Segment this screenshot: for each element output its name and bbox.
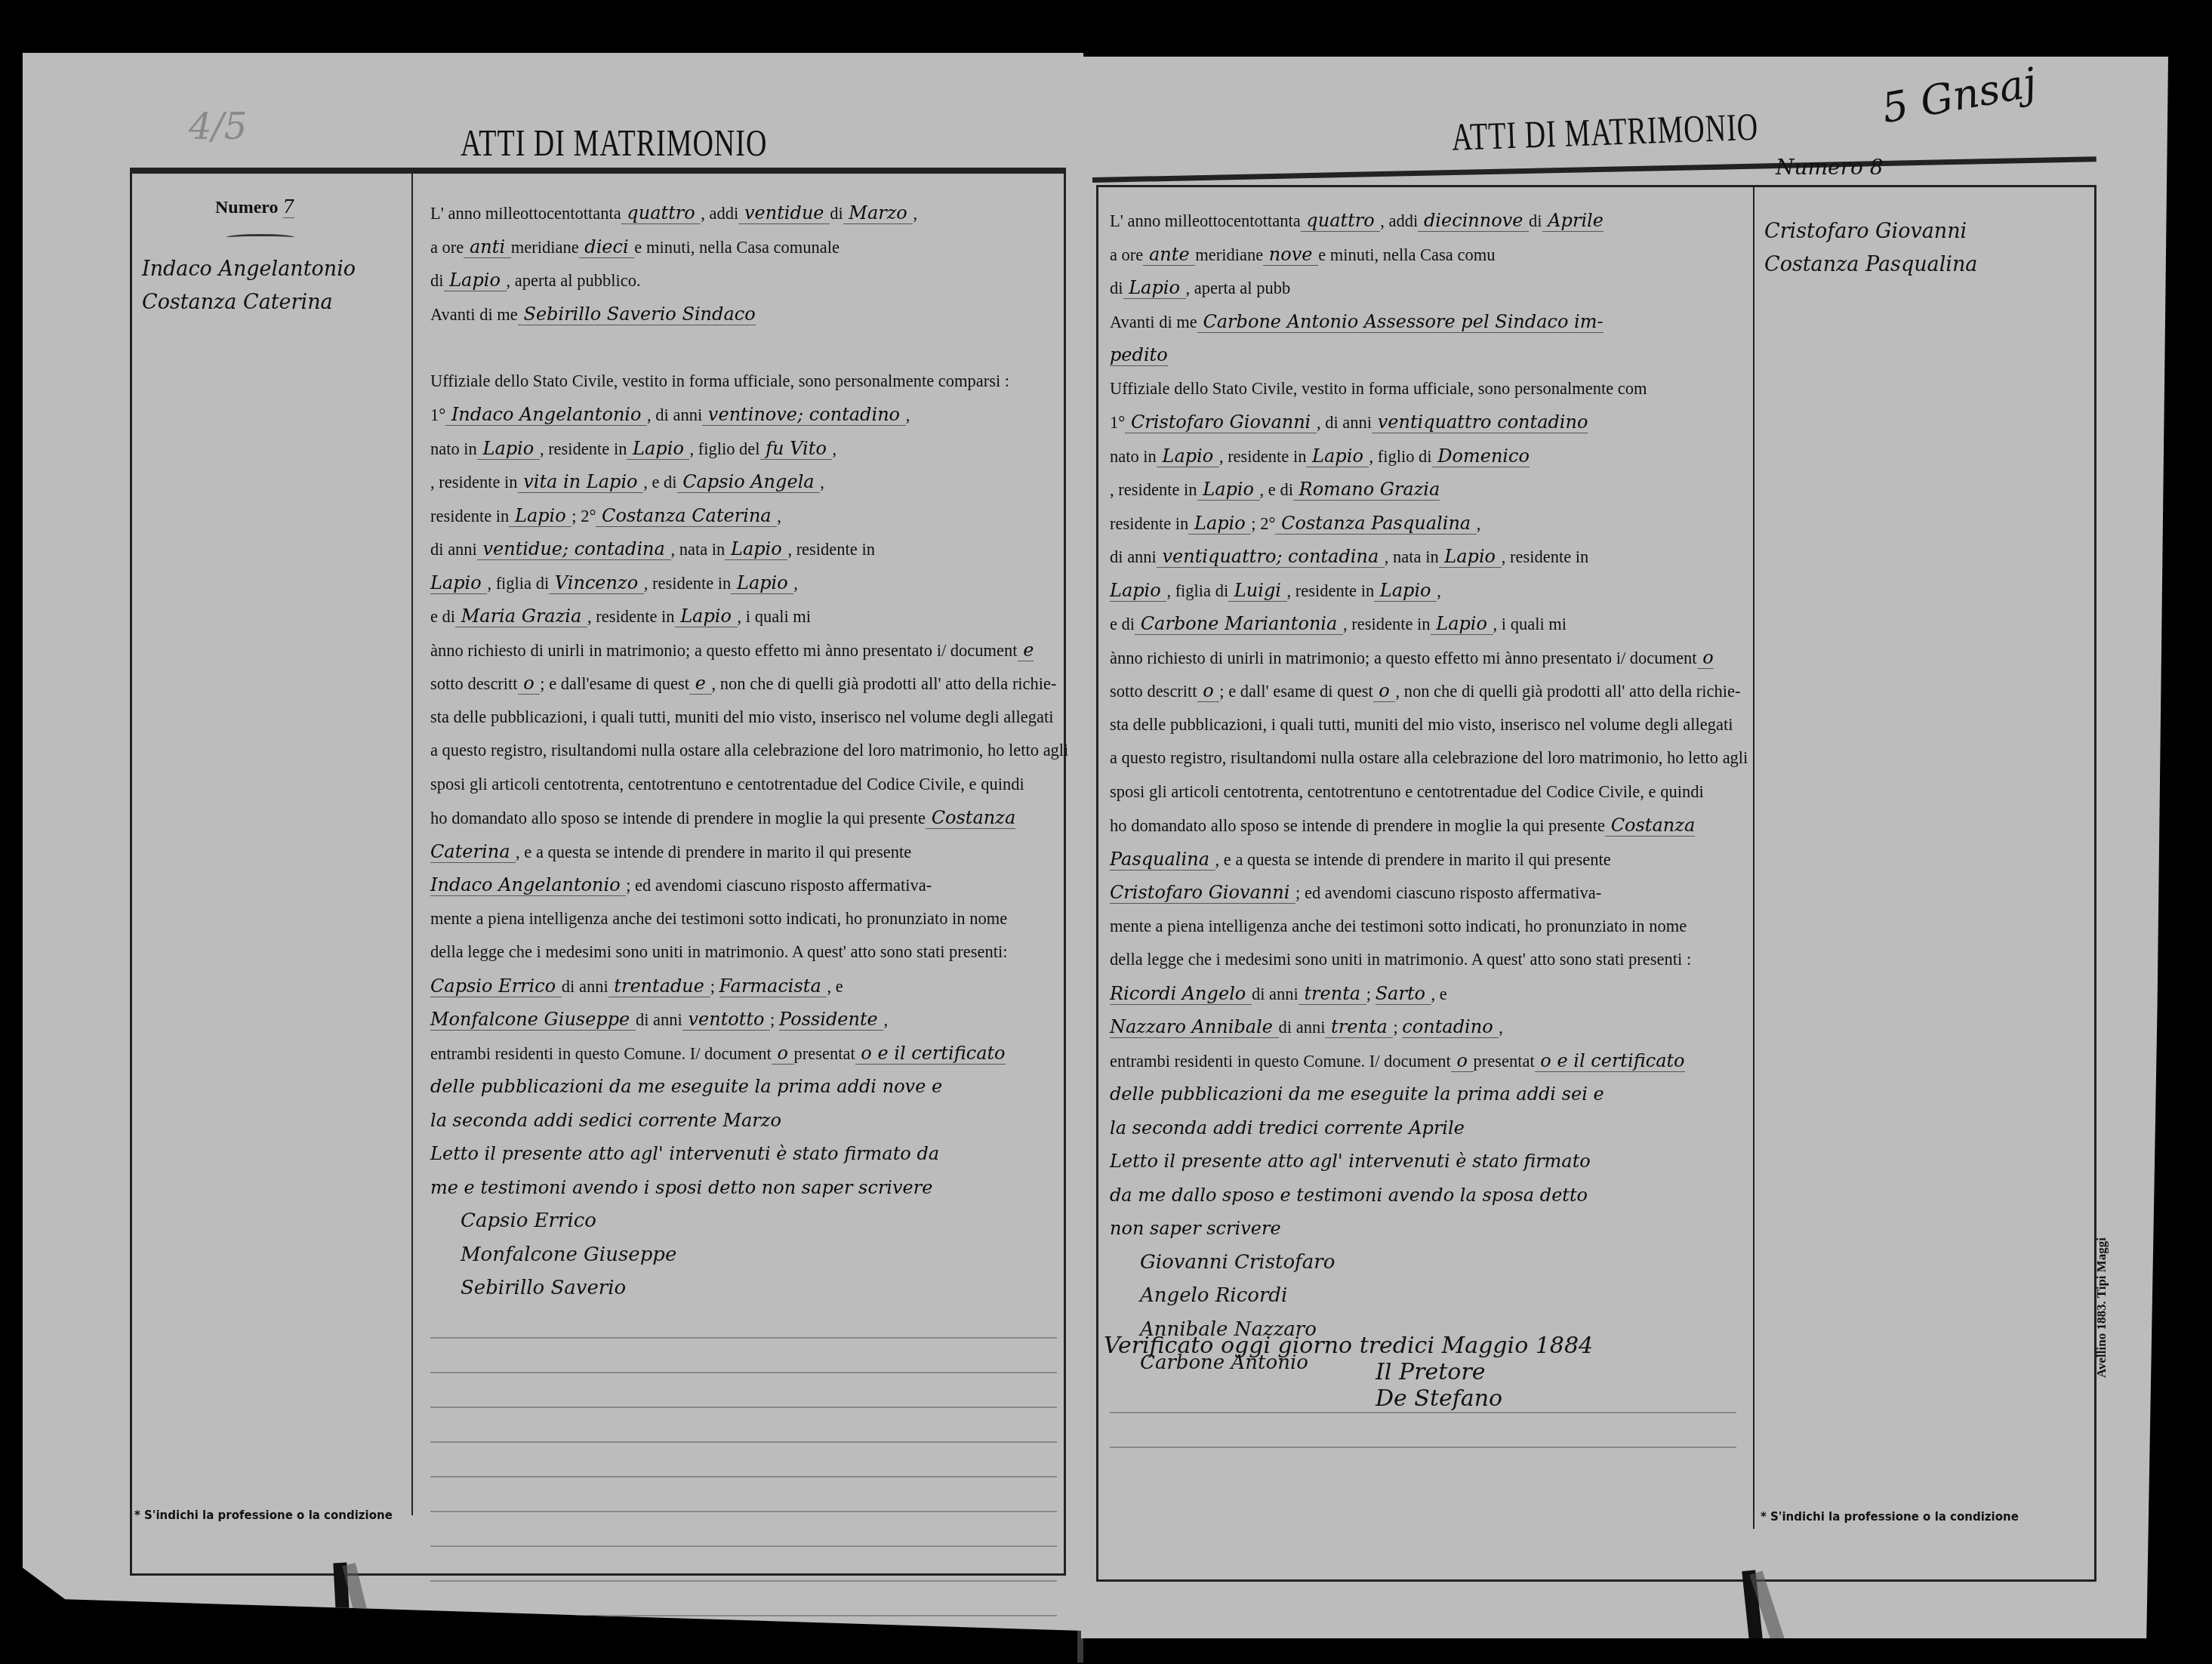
printed-text: ; — [710, 977, 719, 996]
handwritten-entry: Monfalcone Giuseppe — [430, 1009, 636, 1031]
printed-text: , e a questa se intende di prendere in m… — [1215, 850, 1611, 869]
handwritten-entry: Costanza — [926, 807, 1015, 829]
printed-text: e di — [1110, 615, 1135, 633]
printed-text: residente in — [1110, 514, 1188, 533]
handwritten-entry: ventidue; contadina — [477, 538, 671, 560]
printed-text: , — [883, 1010, 888, 1029]
printed-text: sta delle pubblicazioni, i quali tutti, … — [430, 707, 1053, 726]
handwritten-entry: o — [1451, 1050, 1474, 1072]
form-line: sposi gli articoli centotrenta, centotre… — [1110, 775, 1736, 809]
frame-top-rule — [1092, 156, 2096, 183]
handwritten-entry: quattro — [621, 202, 701, 224]
printed-text: residente in — [430, 507, 509, 525]
form-line: Monfalcone Giuseppe di anni ventotto ; P… — [430, 1003, 1057, 1037]
handwritten-entry: Maria Grazia — [455, 606, 587, 627]
printed-text: sotto descritt — [1110, 682, 1197, 701]
handwritten-entry: Lapio — [731, 572, 793, 594]
verification-text: Verificato oggi giorno tredici Maggio 18… — [1104, 1333, 1761, 1359]
printed-text: L' anno milleottocentottanta — [1110, 211, 1301, 230]
printed-text: ; 2° — [1251, 514, 1275, 533]
printed-text: , addi — [1380, 211, 1418, 230]
form-line: Cristofaro Giovanni ; ed avendomi ciascu… — [1110, 876, 1736, 910]
printed-text: a questo registro, risultandomi nulla os… — [1110, 748, 1748, 767]
printed-text: di — [830, 204, 843, 223]
handwritten-entry: Lapio — [1157, 445, 1219, 467]
printed-text: presentat — [794, 1044, 855, 1063]
printed-text: , i quali mi — [738, 607, 812, 626]
printed-text: , i quali mi — [1493, 615, 1567, 633]
handwritten-entry: ventotto — [682, 1009, 770, 1031]
handwritten-entry: e — [1018, 639, 1034, 661]
numero-value: 7 — [283, 196, 294, 218]
printed-text: di anni — [562, 977, 608, 996]
printed-text: a questo registro, risultandomi nulla os… — [430, 741, 1068, 760]
form-line: L' anno milleottocentottanta quattro , a… — [1110, 204, 1736, 238]
printed-text: ànno richiesto di unirli in matrimonio; … — [430, 641, 1018, 660]
handwritten-entry: contadino — [1402, 1016, 1499, 1038]
printed-text: , — [777, 507, 781, 525]
form-line: sta delle pubblicazioni, i quali tutti, … — [430, 701, 1057, 735]
handwritten-entry: o — [1197, 680, 1220, 702]
handwritten-entry: o — [518, 673, 541, 695]
handwritten-entry: Carbone Antonio Assessore pel Sindaco im… — [1197, 311, 1604, 333]
printed-text: 1° — [1110, 413, 1125, 432]
printed-text: , — [832, 439, 836, 458]
form-line: mente a piena intelligenza anche dei tes… — [1110, 910, 1736, 944]
form-line: della legge che i medesimi sono uniti in… — [430, 935, 1057, 969]
printed-text: , — [1499, 1018, 1503, 1037]
handwritten-entry: fu Vito — [760, 438, 833, 460]
form-line: ho domandato allo sposo se intende di pr… — [430, 801, 1057, 835]
bride-name: Costanza Pasqualina — [1764, 248, 1977, 282]
signature: Angelo Ricordi — [1110, 1279, 1736, 1313]
printed-text: sposi gli articoli centotrenta, centotre… — [430, 775, 1024, 793]
right-page: ATTI DI MATRIMONIO 5 Gnsaj Numero 8 Cris… — [1081, 57, 2168, 1638]
printed-text: mente a piena intelligenza anche dei tes… — [430, 909, 1007, 928]
handwritten-entry: Marzo — [843, 202, 913, 224]
handwritten-entry: Nazzaro Annibale — [1110, 1016, 1279, 1038]
printed-text: L' anno milleottocentottanta — [430, 204, 621, 223]
printed-text: sta delle pubblicazioni, i quali tutti, … — [1110, 715, 1733, 734]
handwritten-entry: ventidue — [738, 202, 830, 224]
handwritten-entry: Sarto — [1376, 983, 1431, 1005]
handwritten-entry: Indaco Angelantonio — [430, 874, 626, 896]
handwritten-entry: o — [1697, 647, 1714, 669]
handwritten-entry: Costanza Caterina — [596, 505, 777, 527]
printed-text: ho domandato allo sposo se intende di pr… — [1110, 816, 1605, 835]
column-divider — [1753, 185, 1755, 1529]
handwritten-entry: Lapio — [509, 505, 571, 527]
printed-text: , residente in — [1343, 615, 1431, 633]
printed-text: di anni — [636, 1010, 682, 1029]
form-line: 1° Cristofaro Giovanni , di anni ventiqu… — [1110, 405, 1736, 439]
printed-text: a ore — [430, 238, 464, 257]
handwritten-entry: Indaco Angelantonio — [445, 404, 647, 426]
printed-text: , residente in — [587, 607, 675, 626]
handwritten-entry: Lapio — [430, 572, 487, 594]
form-line: mente a piena intelligenza anche dei tes… — [430, 902, 1057, 936]
handwritten-entry: Lapio — [1374, 580, 1437, 602]
handwritten-line: me e testimoni avendo i sposi detto non … — [430, 1171, 1057, 1205]
printed-text: , — [906, 405, 910, 424]
printed-text: , figlio del — [689, 439, 759, 458]
form-line: a questo registro, risultandomi nulla os… — [1110, 741, 1736, 775]
handwritten-line: delle pubblicazioni da me eseguite la pr… — [1110, 1077, 1736, 1111]
printed-text: , residente in — [540, 439, 627, 458]
numero-value: 8 — [1870, 155, 1884, 180]
handwritten-entry: Lapio — [1123, 277, 1186, 299]
handwritten-entry: Lapio — [1306, 445, 1369, 467]
ribbon-shadow — [342, 1563, 380, 1664]
handwritten-entry: Cristofaro Giovanni — [1110, 882, 1295, 904]
handwritten-entry: Lapio — [1188, 513, 1251, 535]
swash-ornament — [226, 234, 294, 241]
handwritten-line: la seconda addi sedici corrente Marzo — [430, 1104, 1057, 1138]
printed-text: mente a piena intelligenza anche dei tes… — [1110, 917, 1687, 935]
printed-text: di — [1110, 279, 1123, 297]
form-line: a ore ante meridiane nove e minuti, nell… — [1110, 238, 1736, 272]
handwritten-entry: Pasqualina — [1110, 849, 1215, 871]
printed-text: entrambi residenti in questo Comune. I/ … — [430, 1044, 772, 1063]
handwritten-entry: vita in Lapio — [518, 471, 644, 493]
form-line: di Lapio , aperta al pubblico. — [430, 263, 1057, 297]
printed-text: , e — [827, 977, 843, 996]
form-line: Indaco Angelantonio ; ed avendomi ciascu… — [430, 868, 1057, 902]
printed-text: ànno richiesto di unirli in matrimonio; … — [1110, 649, 1697, 667]
form-line: entrambi residenti in questo Comune. I/ … — [430, 1037, 1057, 1071]
signature: Sebirillo Saverio — [430, 1271, 1057, 1305]
form-line: pedito — [1110, 338, 1736, 372]
record-body: L' anno milleottocentottanta quattro , a… — [1110, 204, 1736, 1450]
form-line: della legge che i medesimi sono uniti in… — [1110, 943, 1736, 977]
printed-text: sposi gli articoli centotrenta, centotre… — [1110, 782, 1704, 801]
form-line: a questo registro, risultandomi nulla os… — [430, 734, 1057, 768]
form-line: e di Maria Grazia , residente in Lapio ,… — [430, 599, 1057, 633]
printed-text: , — [820, 473, 824, 491]
blank-ruled-line — [430, 1444, 1057, 1478]
handwritten-entry: ventiquattro contadino — [1372, 411, 1588, 433]
printed-text: ; — [1393, 1018, 1402, 1037]
form-line: , residente in Lapio , e di Romano Grazi… — [1110, 473, 1736, 507]
printed-text: presentat — [1474, 1052, 1535, 1071]
handwritten-entry: nove — [1263, 244, 1318, 266]
form-line: sotto descritt o ; e dall' esame di ques… — [1110, 674, 1736, 708]
printed-text: , nata in — [1385, 547, 1439, 566]
printed-text: , residente in — [787, 540, 875, 559]
form-line: di Lapio , aperta al pubb — [1110, 271, 1736, 305]
printed-text: entrambi residenti in questo Comune. I/ … — [1110, 1052, 1451, 1071]
printed-text: , nella Casa comunale — [691, 238, 840, 257]
handwritten-line: la seconda addi tredici corrente Aprile — [1110, 1111, 1736, 1145]
column-divider — [411, 171, 413, 1515]
printed-text: , residente in — [430, 473, 518, 491]
form-line: Lapio , figlia di Vincenzo , residente i… — [430, 566, 1057, 600]
handwritten-entry: Capsio Angela — [677, 471, 821, 493]
printed-text: Uffiziale dello Stato Civile, vestito in… — [430, 371, 1009, 390]
printed-text: , non che di quelli già prodotti all' at… — [1395, 682, 1740, 701]
printed-text: ; — [1366, 985, 1376, 1003]
signature: Capsio Errico — [430, 1204, 1057, 1238]
handwritten-entry: Lapio — [1439, 546, 1502, 568]
groom-name: Cristofaro Giovanni — [1764, 215, 1977, 248]
handwritten-entry: Lapio — [1431, 613, 1493, 635]
blank-ruled-line — [430, 1479, 1057, 1512]
form-line: residente in Lapio ; 2° Costanza Caterin… — [430, 499, 1057, 533]
handwritten-entry: Romano Grazia — [1293, 479, 1440, 501]
form-line: , residente in vita in Lapio , e di Caps… — [430, 465, 1057, 499]
form-line: nato in Lapio , residente in Lapio , fig… — [1110, 439, 1736, 473]
form-line — [430, 331, 1057, 365]
printed-text: ; e dall'esame di quest — [540, 674, 689, 693]
handwritten-entry: o — [1373, 680, 1396, 702]
form-line: Uffiziale dello Stato Civile, vestito in… — [1110, 372, 1736, 406]
handwritten-entry: ante — [1143, 244, 1195, 266]
handwritten-entry: trenta — [1325, 1016, 1393, 1038]
printed-text: ; e dall' esame di quest — [1219, 682, 1372, 701]
blank-ruled-line — [430, 1514, 1057, 1547]
blank-ruled-line — [430, 1340, 1057, 1373]
handwritten-entry: Farmacista — [719, 975, 827, 997]
printed-text: , nella Casa comu — [1375, 245, 1496, 264]
page-title: ATTI DI MATRIMONIO — [1451, 105, 1759, 161]
form-line: Caterina , e a questa se intende di pren… — [430, 835, 1057, 869]
form-line: Capsio Errico di anni trentadue ; Farmac… — [430, 969, 1057, 1003]
handwritten-entry: Costanza — [1605, 815, 1695, 837]
printed-text: , aperta al pubblico. — [507, 271, 641, 290]
signature: Monfalcone Giuseppe — [430, 1238, 1057, 1272]
form-line: ànno richiesto di unirli in matrimonio; … — [430, 633, 1057, 667]
handwritten-entry: Lapio — [477, 438, 540, 460]
signature: Giovanni Cristofaro — [1110, 1246, 1736, 1280]
printed-text: , non che di quelli già prodotti all' at… — [712, 674, 1057, 693]
handwritten-entry: Lapio — [725, 538, 787, 560]
handwritten-entry: trenta — [1299, 983, 1366, 1005]
form-line: di anni ventiquattro; contadina , nata i… — [1110, 540, 1736, 574]
form-line: e di Carbone Mariantonia , residente in … — [1110, 607, 1736, 641]
printed-text: , e di — [1260, 480, 1293, 499]
printed-text: di anni — [430, 540, 477, 559]
printed-text: , — [793, 574, 798, 593]
handwritten-entry: trentadue — [608, 975, 710, 997]
printed-text: , — [913, 204, 917, 223]
printer-imprint: Avellino 1883. Tipi Maggi — [2094, 1237, 2109, 1378]
handwritten-entry: Lapio — [1197, 479, 1260, 501]
handwritten-entry: ventiquattro; contadina — [1157, 546, 1385, 568]
form-line: Nazzaro Annibale di anni trenta ; contad… — [1110, 1010, 1736, 1044]
form-line: Avanti di me Carbone Antonio Assessore p… — [1110, 305, 1736, 339]
handwritten-line: Letto il presente atto agl' intervenuti … — [430, 1137, 1057, 1171]
printed-text: ; ed avendomi ciascuno risposto affermat… — [626, 876, 932, 895]
form-line: entrambi residenti in questo Comune. I/ … — [1110, 1044, 1736, 1078]
pencil-mark: 4/5 — [189, 106, 247, 148]
handwritten-entry: Caterina — [430, 841, 516, 863]
handwritten-entry: Costanza Pasqualina — [1275, 513, 1476, 535]
printed-text: , — [1477, 514, 1481, 533]
printed-text: , e a questa se intende di prendere in m… — [516, 843, 911, 861]
blank-ruled-line — [430, 1375, 1057, 1408]
printed-text: , e — [1431, 985, 1447, 1003]
handwritten-entry: o — [772, 1043, 794, 1065]
printed-text: della legge che i medesimi sono uniti in… — [430, 942, 1008, 961]
footnote: * S'indichi la professione o la condizio… — [134, 1508, 393, 1522]
printed-text: meridiane — [511, 238, 579, 257]
form-line: Uffiziale dello Stato Civile, vestito in… — [430, 365, 1057, 399]
handwritten-entry: Ricordi Angelo — [1110, 983, 1252, 1005]
verifier-title: Il Pretore — [1104, 1359, 1761, 1385]
printed-text: , residente in — [644, 574, 732, 593]
form-line: Avanti di me Sebirillo Saverio Sindaco — [430, 297, 1057, 331]
printed-text: , addi — [701, 204, 738, 223]
handwritten-entry: Vincenzo — [549, 572, 644, 594]
printed-text: 1° — [430, 405, 445, 424]
handwritten-entry: Lapio — [1110, 580, 1166, 602]
printed-text: e minuti — [1318, 245, 1374, 264]
handwritten-entry: Lapio — [675, 606, 738, 627]
handwritten-entry: pedito — [1110, 344, 1168, 366]
handwritten-entry: Luigi — [1228, 580, 1286, 602]
form-line: di anni ventidue; contadina , nata in La… — [430, 532, 1057, 566]
handwritten-line: delle pubblicazioni da me eseguite la pr… — [430, 1070, 1057, 1104]
form-line: 1° Indaco Angelantonio , di anni ventino… — [430, 398, 1057, 432]
blank-ruled-line — [430, 1410, 1057, 1443]
handwritten-entry: Domenico — [1432, 445, 1530, 467]
margin-names: Indaco Angelantonio Costanza Caterina — [142, 253, 356, 319]
handwritten-entry: o e il certificato — [855, 1043, 1006, 1065]
printed-text: , residente in — [1219, 447, 1307, 466]
handwritten-line: Letto il presente atto agl' intervenuti … — [1110, 1145, 1736, 1179]
form-line: Ricordi Angelo di anni trenta ; Sarto , … — [1110, 977, 1736, 1011]
form-line: residente in Lapio ; 2° Costanza Pasqual… — [1110, 507, 1736, 541]
handwritten-line: non saper scrivere — [1110, 1212, 1736, 1246]
handwritten-entry: o e il certificato — [1535, 1050, 1685, 1072]
form-line: Lapio , figlia di Luigi , residente in L… — [1110, 574, 1736, 608]
printed-text: , di anni — [1317, 413, 1372, 432]
printed-text: nato in — [1110, 447, 1157, 466]
handwritten-entry: anti — [464, 236, 510, 258]
printed-text: di — [430, 271, 444, 290]
handwritten-entry: Lapio — [627, 438, 689, 460]
printed-text: , di anni — [647, 405, 702, 424]
printed-text: , residente in — [1110, 480, 1197, 499]
form-line: ho domandato allo sposo se intende di pr… — [1110, 809, 1736, 843]
left-page: 4/5 ATTI DI MATRIMONIO Numero 7 Indaco A… — [23, 53, 1083, 1631]
printed-text: , figlio di — [1369, 447, 1431, 466]
blank-ruled-line — [1110, 1415, 1736, 1448]
printed-text: ; 2° — [571, 507, 596, 525]
printed-text: di anni — [1110, 547, 1157, 566]
printed-text: e minuti — [634, 238, 690, 257]
printed-text: , nata in — [671, 540, 726, 559]
numero-label: Numero — [215, 198, 279, 217]
printed-text: , residente in — [1502, 547, 1589, 566]
printed-text: , aperta al pubb — [1186, 279, 1291, 297]
numero-label: Numero — [1776, 155, 1863, 180]
handwritten-entry: Capsio Errico — [430, 975, 562, 997]
form-line: Pasqualina , e a questa se intende di pr… — [1110, 843, 1736, 877]
printed-text: ; ed avendomi ciascuno risposto affermat… — [1295, 883, 1601, 902]
form-line: sposi gli articoli centotrenta, centotre… — [430, 768, 1057, 802]
page-title: ATTI DI MATRIMONIO — [461, 121, 767, 165]
handwritten-line: da me dallo sposo e testimoni avendo la … — [1110, 1179, 1736, 1213]
handwritten-entry: Cristofaro Giovanni — [1125, 411, 1317, 433]
record-number: Numero 8 — [1776, 155, 1884, 180]
handwritten-entry: Sebirillo Saverio Sindaco — [518, 304, 756, 325]
blank-ruled-line — [430, 1305, 1057, 1339]
record-number: Numero 7 — [215, 196, 294, 218]
printed-text: di anni — [1252, 985, 1299, 1003]
handwritten-entry: diecinnove — [1418, 210, 1529, 232]
handwritten-entry: Aprile — [1542, 210, 1604, 232]
footnote: * S'indichi la professione o la condizio… — [1761, 1510, 2019, 1524]
printed-text: , e di — [643, 473, 676, 491]
printed-text: meridiane — [1195, 245, 1263, 264]
printed-text: Uffiziale dello Stato Civile, vestito in… — [1110, 379, 1647, 398]
handwritten-entry: quattro — [1301, 210, 1381, 232]
printed-text: e di — [430, 607, 455, 626]
printed-text: di — [1529, 211, 1542, 230]
bride-name: Costanza Caterina — [142, 286, 356, 319]
printed-text: Avanti di me — [430, 305, 518, 324]
printed-text: , figlia di — [487, 574, 549, 593]
handwritten-entry: Carbone Mariantonia — [1135, 613, 1343, 635]
margin-names: Cristofaro Giovanni Costanza Pasqualina — [1764, 215, 1977, 282]
printed-text: Avanti di me — [1110, 313, 1197, 331]
form-line: sta delle pubblicazioni, i quali tutti, … — [1110, 708, 1736, 742]
blank-ruled-line — [430, 1583, 1057, 1616]
handwritten-entry: Lapio — [444, 270, 507, 291]
form-line: ànno richiesto di unirli in matrimonio; … — [1110, 641, 1736, 675]
printed-text: nato in — [430, 439, 477, 458]
verification-note: Verificato oggi giorno tredici Maggio 18… — [1104, 1333, 1761, 1412]
printed-text: , — [1437, 581, 1441, 600]
blank-ruled-line — [430, 1548, 1057, 1582]
record-body: L' anno milleottocentottanta quattro , a… — [430, 196, 1057, 1618]
printed-text: della legge che i medesimi sono uniti in… — [1110, 950, 1691, 969]
form-line: L' anno milleottocentottanta quattro , a… — [430, 196, 1057, 230]
verifier-signature: De Stefano — [1104, 1385, 1761, 1412]
corner-note: 5 Gnsaj — [1878, 59, 2040, 133]
form-line: nato in Lapio , residente in Lapio , fig… — [430, 432, 1057, 466]
printed-text: , figlia di — [1166, 581, 1228, 600]
form-line: sotto descritt o ; e dall'esame di quest… — [430, 667, 1057, 701]
handwritten-entry: ventinove; contadino — [702, 404, 905, 426]
printed-text: , residente in — [1287, 581, 1375, 600]
printed-text: a ore — [1110, 245, 1143, 264]
handwritten-entry: Possidente — [779, 1009, 883, 1031]
form-line: a ore anti meridiane dieci e minuti, nel… — [430, 230, 1057, 264]
groom-name: Indaco Angelantonio — [142, 253, 356, 286]
printed-text: ho domandato allo sposo se intende di pr… — [430, 809, 926, 827]
printed-text: sotto descritt — [430, 674, 518, 693]
printed-text: di anni — [1279, 1018, 1326, 1037]
handwritten-entry: e — [689, 673, 711, 695]
printed-text: ; — [770, 1010, 779, 1029]
handwritten-entry: dieci — [579, 236, 635, 258]
